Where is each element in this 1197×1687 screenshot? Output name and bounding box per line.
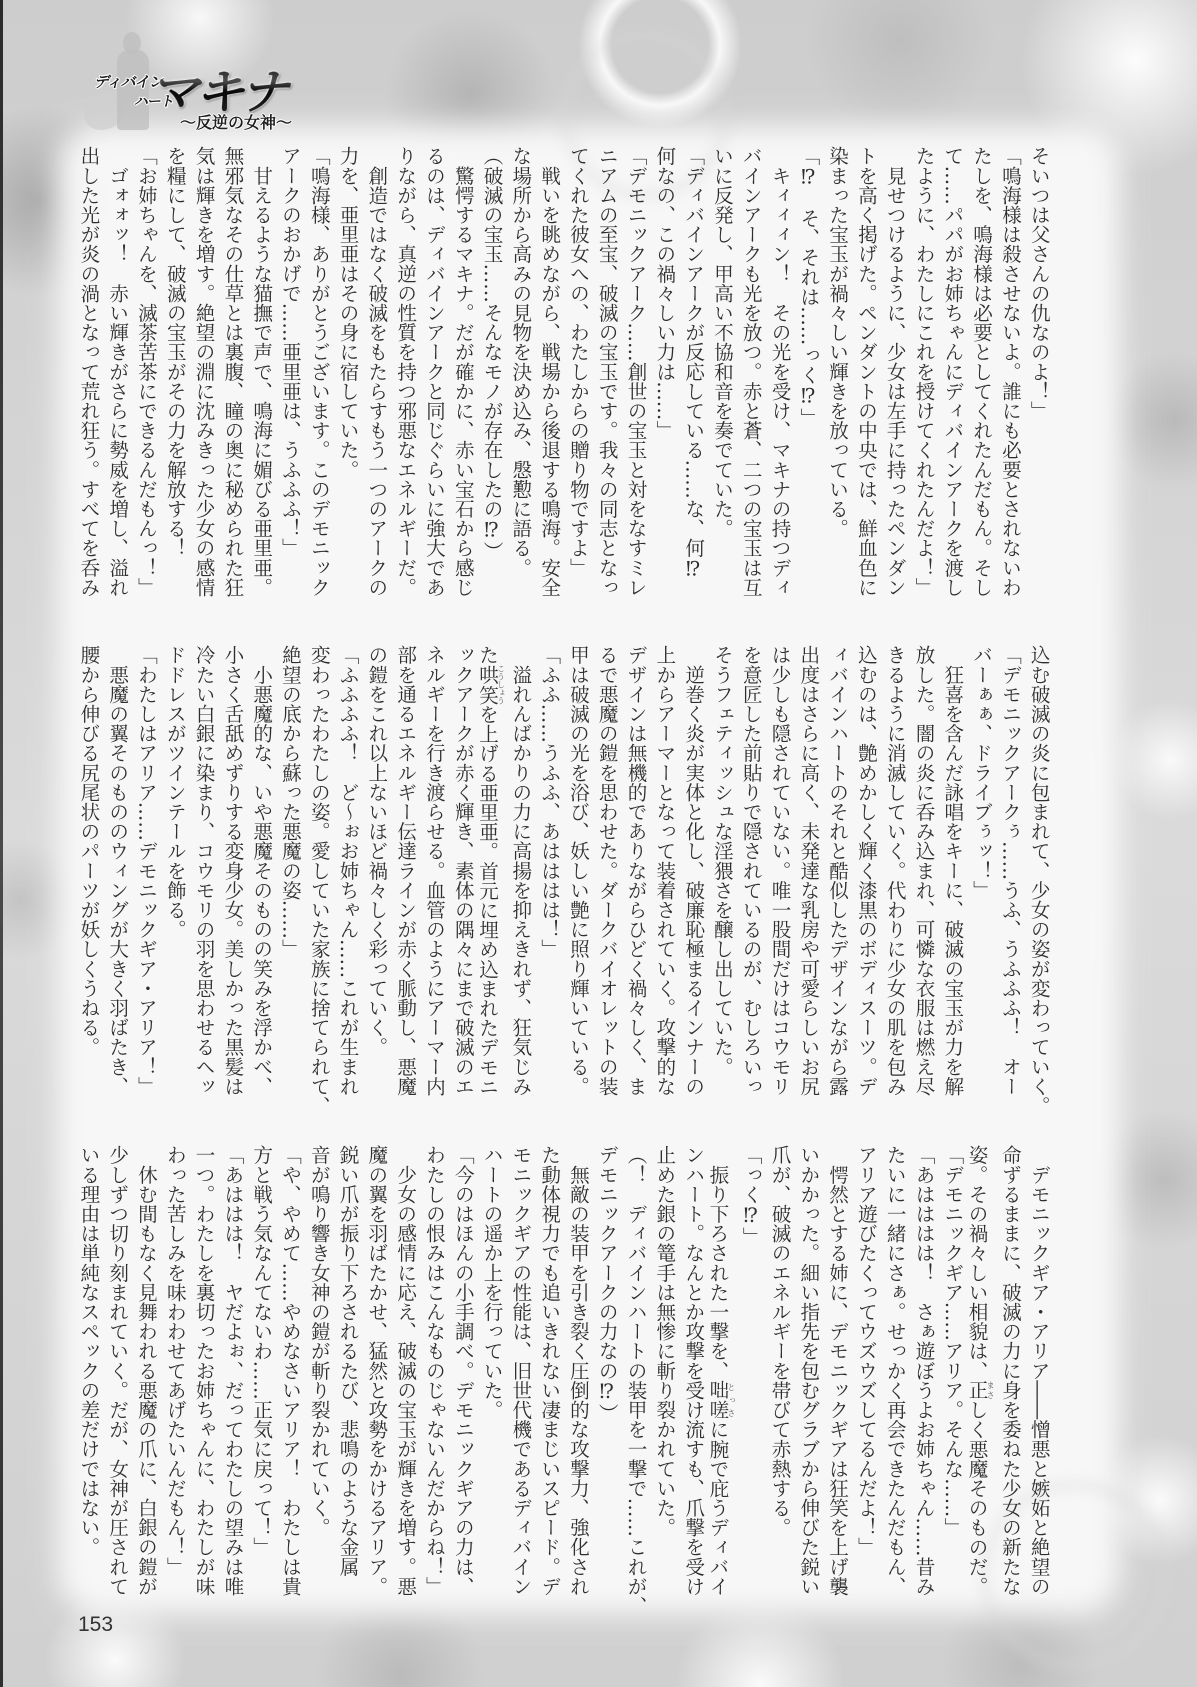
ruby-annotated-word: 咄嗟とっさ	[706, 1380, 729, 1419]
ruby-annotated-word: 哄笑こうしょう	[476, 665, 499, 705]
text-line: たいに一緒にさぁ。せっかく再会できたんだもん、	[879, 1145, 908, 1597]
text-line: 「デモニックアークぅ……うふ、うふふふ！ オー	[995, 645, 1024, 1097]
book-page: ディバイン ハート マキナ ～反逆の女神～ そいつは父さんの仇なのよ！」「鳴海様…	[0, 0, 1197, 1687]
text-line: 創造ではなく破滅をもたらすもう一つのアークの	[361, 146, 390, 598]
text-line: 止めた銀の篭手は無惨に斬り裂かれていた。	[649, 1145, 678, 1597]
text-line: 音が鳴り響き女神の鎧が斬り裂かれていく。	[303, 1145, 332, 1597]
text-line: は少しも隠されていない。唯一股間だけはコウモリ	[764, 645, 793, 1097]
text-line: 出した光が炎の渦となって荒れ狂う。すべてを呑み	[73, 146, 102, 598]
ruby-base: 正	[965, 1380, 988, 1400]
page-edge-shadow	[0, 0, 3, 1687]
text-line: 「っく⁉」	[735, 1145, 764, 1597]
text-line: 無敵の装甲を引き裂く圧倒的な攻撃力、強化され	[563, 1145, 592, 1597]
text-segment: しく悪魔そのものだ。	[965, 1400, 988, 1596]
text-line: りながら、真逆の性質を持つ邪悪なエネルギーだ。	[390, 146, 419, 598]
text-line: 込むのは、艶めかしく輝く漆黒のボディスーツ。デ	[851, 645, 880, 1097]
text-line: 振り下ろされた一撃を、咄嗟とっさに腕で庇うディバイ	[707, 1145, 736, 1597]
text-line: た哄笑こうしょうを上げる亜里亜。首元に埋め込まれたデモニ	[476, 645, 505, 1097]
text-line: 「デモニックアーク……創世の宝玉と対をなすミレ	[620, 146, 649, 598]
logo-subtitle: ～反逆の女神～	[180, 110, 292, 133]
text-line: 気は輝きを増す。絶望の淵に沈みきった少女の感情	[188, 146, 217, 598]
text-line: 込む破滅の炎に包まれて、少女の姿が変わっていく。	[1023, 645, 1052, 1097]
text-line: るで悪魔の鎧を思わせた。ダークバイオレットの装	[591, 645, 620, 1097]
text-tier-middle: 込む破滅の炎に包まれて、少女の姿が変わっていく。「デモニックアークぅ……うふ、う…	[73, 645, 1052, 1097]
ruby-reading: とっさ	[727, 1380, 736, 1419]
text-line: ハートの遥か上を行っていた。	[476, 1145, 505, 1597]
text-line: （破滅の宝玉……そんなモノが存在したの⁉）	[476, 146, 505, 598]
text-segment: に腕で庇うディバイ	[706, 1419, 729, 1595]
series-logo: ディバイン ハート マキナ ～反逆の女神～	[0, 0, 330, 135]
text-line: 「ディバインアークが反応している……な、何⁉	[678, 146, 707, 598]
text-line: 「ふふふふ！ ど～ぉお姉ちゃん……これが生まれ	[332, 645, 361, 1097]
text-line: いに反発し、甲高い不協和音を奏でていた。	[707, 146, 736, 598]
text-line: 悪魔の翼そのもののウィングが大きく羽ばたき、	[102, 645, 131, 1097]
text-line: 一つ。わたしを裏切ったお姉ちゃんに、わたしが味	[188, 1145, 217, 1597]
text-line: 冷たい白銀に染まり、コウモリの羽を思わせるヘッ	[188, 645, 217, 1097]
text-line: 「鳴海様は殺させないよ。誰にも必要とされないわ	[995, 146, 1024, 598]
text-line: 小さく舌舐めずりする変身少女。美しかった黒髪は	[217, 645, 246, 1097]
text-line: を意匠した前貼りで隠されているのが、むしろいっ	[735, 645, 764, 1097]
text-line: ドドレスがツインテールを飾る。	[159, 645, 188, 1097]
text-segment: た	[476, 645, 499, 665]
text-line: 少しずつ切り刻まれていく。だが、女神が圧されて	[102, 1145, 131, 1597]
text-line: 変わったわたしの姿。愛していた家族に捨てられて、	[303, 645, 332, 1097]
ruby-base: 哄笑	[476, 664, 499, 704]
ruby-annotated-word: 正まさ	[965, 1380, 988, 1400]
text-line: 上からアーマーとなって装着されていく。攻撃的な	[649, 645, 678, 1097]
text-line: 戦いを眺めながら、戦場から後退する鳴海。安全	[534, 146, 563, 598]
text-line: た動体視力でも追いきれない凄まじいスピード。デ	[534, 1145, 563, 1597]
text-line: 小悪魔的な、いや悪魔そのものの笑みを浮かべ、	[246, 645, 275, 1097]
text-line: 絶望の底から蘇った悪魔の姿……」	[275, 645, 304, 1097]
text-segment: 振り下ろされた一撃を、	[706, 1145, 729, 1380]
text-line: いかかった。細い指先を包むグラブから伸びた鋭い	[793, 1145, 822, 1597]
text-line: ゴォォッ！ 赤い輝きがさらに勢威を増し、溢れ	[102, 146, 131, 598]
text-line: 溢れんばかりの力に高揚を抑えきれず、狂気じみ	[505, 645, 534, 1097]
text-line: 「わたしはアリア……デモニックギア・アリア！」	[131, 645, 160, 1097]
text-line: てくれた彼女への、わたしからの贈り物ですよ」	[563, 146, 592, 598]
text-line: 甘えるような猫撫で声で、鳴海に媚びる亜里亜。	[246, 146, 275, 598]
text-line: 「や、やめて……やめなさいアリア！ わたしは貴	[275, 1145, 304, 1597]
text-line: 狂喜を含んだ詠唱をキーに、破滅の宝玉が力を解	[937, 645, 966, 1097]
text-line: 魔の翼を羽ばたかせ、猛然と攻勢をかけるアリア。	[361, 1145, 390, 1597]
text-line: 命ずるままに、破滅の力に身を委ねた少女の新たな	[995, 1145, 1024, 1597]
text-line: を糧にして、破滅の宝玉がその力を解放する！	[159, 146, 188, 598]
text-line: て……パパがお姉ちゃんにディバインアークを渡し	[937, 146, 966, 598]
text-line: 「あはははは！ さぁ遊ぼうよお姉ちゃん……昔み	[908, 1145, 937, 1597]
text-line: 腰から伸びる尻尾状のパーツが妖しくうねる。	[73, 645, 102, 1097]
text-line: デモニックギア・アリア――憎悪と嫉妬と絶望の	[1023, 1145, 1052, 1597]
text-line: 「⁉ そ、それは……っく⁉」	[793, 146, 822, 598]
text-line: 爪が、破滅のエネルギーを帯びて赤熱する。	[764, 1145, 793, 1597]
text-tier-top: そいつは父さんの仇なのよ！」「鳴海様は殺させないよ。誰にも必要とされないわたしを…	[73, 146, 1052, 598]
text-line: アリア遊びたくってウズウズしてるんだよ！」	[851, 1145, 880, 1597]
text-line: の鎧をこれ以上ないほど禍々しく彩っていく。	[361, 645, 390, 1097]
text-line: 「ふふ……うふふ、あはははは！」	[534, 645, 563, 1097]
text-line: わたしの恨みはこんなものじゃないんだからね！」	[419, 1145, 448, 1597]
text-line: 無邪気なその仕草とは裏腹、瞳の奥に秘められた狂	[217, 146, 246, 598]
text-line: 方と戦う気なんてないわ……正気に戻って！」	[246, 1145, 275, 1597]
text-line: るのは、ディバインアークと同じぐらいに強大であ	[419, 146, 448, 598]
ruby-reading: まさ	[986, 1380, 995, 1400]
text-line: 「あははは！ ヤだよぉ、だってわたしの望みは唯	[217, 1145, 246, 1597]
text-line: 「鳴海様、ありがとうございます。このデモニック	[303, 146, 332, 598]
text-tier-bottom: デモニックギア・アリア――憎悪と嫉妬と絶望の命ずるままに、破滅の力に身を委ねた少…	[73, 1145, 1052, 1597]
text-line: 驚愕するマキナ。だが確かに、赤い宝石から感じ	[447, 146, 476, 598]
text-line: アークのおかげで……亜里亜は、うふふふ！」	[275, 146, 304, 598]
text-segment: を上げる亜里亜。首元に埋め込まれたデモニ	[476, 704, 499, 1096]
text-line: 何なの、この禍々しい力は……」	[649, 146, 678, 598]
text-line: デザインは無機的でありながらひどく禍々しく、ま	[620, 645, 649, 1097]
text-line: わった苦しみを味わわせてあげたいんだもん！」	[159, 1145, 188, 1597]
text-line: そいつは父さんの仇なのよ！」	[1023, 146, 1052, 598]
text-line: 放した。闇の炎に呑み込まれ、可憐な衣服は燃え尽	[908, 645, 937, 1097]
text-line: キィィィン！ その光を受け、マキナの持つディ	[764, 146, 793, 598]
text-line: 見せつけるように、少女は左手に持ったペンダン	[879, 146, 908, 598]
text-line: （！ ディバインハートの装甲を一撃で……これが、	[620, 1145, 649, 1597]
text-line: たしを、鳴海様は必要としてくれたんだもん。そし	[966, 146, 995, 598]
text-line: 「今のはほんの小手調べ。デモニックギアの力は、	[447, 1145, 476, 1597]
ruby-reading: こうしょう	[497, 664, 506, 704]
text-line: そうフェティッシュな淫猥さを醸し出していた。	[707, 645, 736, 1097]
text-line: 少女の感情に応え、破滅の宝玉が輝きを増す。悪	[390, 1145, 419, 1597]
text-line: ンハート。なんとか攻撃を受け流すも、爪撃を受け	[678, 1145, 707, 1597]
text-line: 逆巻く炎が実体と化し、破廉恥極まるインナーの	[678, 645, 707, 1097]
text-line: ニアムの至宝、破滅の宝玉です。我々の同志となっ	[591, 146, 620, 598]
text-line: 休む間もなく見舞われる悪魔の爪に、白銀の鎧が	[131, 1145, 160, 1597]
text-line: きるように消滅していく。代わりに少女の肌を包み	[879, 645, 908, 1097]
text-line: 「お姉ちゃんを、滅茶苦茶にできるんだもんっ！」	[131, 146, 160, 598]
logo-silhouette-head	[123, 32, 141, 54]
text-line: たように、わたしにこれを授けてくれたんだよ！」	[908, 146, 937, 598]
text-line: デモニックアークの力なの⁉）	[591, 1145, 620, 1597]
text-line: 姿。その禍々しい相貌は、正まさしく悪魔そのものだ。	[966, 1145, 995, 1597]
text-line: 甲は破滅の光を浴び、妖しい艶に照り輝いている。	[563, 645, 592, 1097]
ruby-base: 咄嗟	[706, 1380, 729, 1419]
text-line: 「デモニックギア……アリア。そんな……」	[937, 1145, 966, 1597]
text-line: 染まった宝玉が禍々しい輝きを放っている。	[822, 146, 851, 598]
text-line: ネルギーを行き渡らせる。血管のようにアーマー内	[419, 645, 448, 1097]
text-line: な場所から高みの見物を決め込み、慇懃に語る。	[505, 146, 534, 598]
text-line: バーぁぁ、ドライブぅッ！」	[966, 645, 995, 1097]
text-line: 部を通るエネルギー伝達ラインが赤く脈動し、悪魔	[390, 645, 419, 1097]
text-segment: 姿。その禍々しい相貌は、	[965, 1145, 988, 1380]
text-line: ックアークが赤く輝き、素体の隅々にまで破滅のエ	[447, 645, 476, 1097]
text-line: 愕然とする姉に、デモニックギアは狂笑を上げ襲	[822, 1145, 851, 1597]
text-line: 鋭い爪が振り下ろされるたび、悲鳴のような金属	[332, 1145, 361, 1597]
text-line: トを高く掲げた。ペンダントの中央では、鮮血色に	[851, 146, 880, 598]
text-line: いる理由は単純なスペックの差だけではない。	[73, 1145, 102, 1597]
text-line: 力を、亜里亜はその身に宿していた。	[332, 146, 361, 598]
text-line: バインアークも光を放つ。赤と蒼、二つの宝玉は互	[735, 146, 764, 598]
page-number: 153	[78, 1614, 113, 1635]
text-line: モニックギアの性能は、旧世代機であるディバイン	[505, 1145, 534, 1597]
text-line: 出度はさらに高く、未発達な乳房や可愛らしいお尻	[793, 645, 822, 1097]
text-line: ィバインハートのそれと酷似したデザインながら露	[822, 645, 851, 1097]
